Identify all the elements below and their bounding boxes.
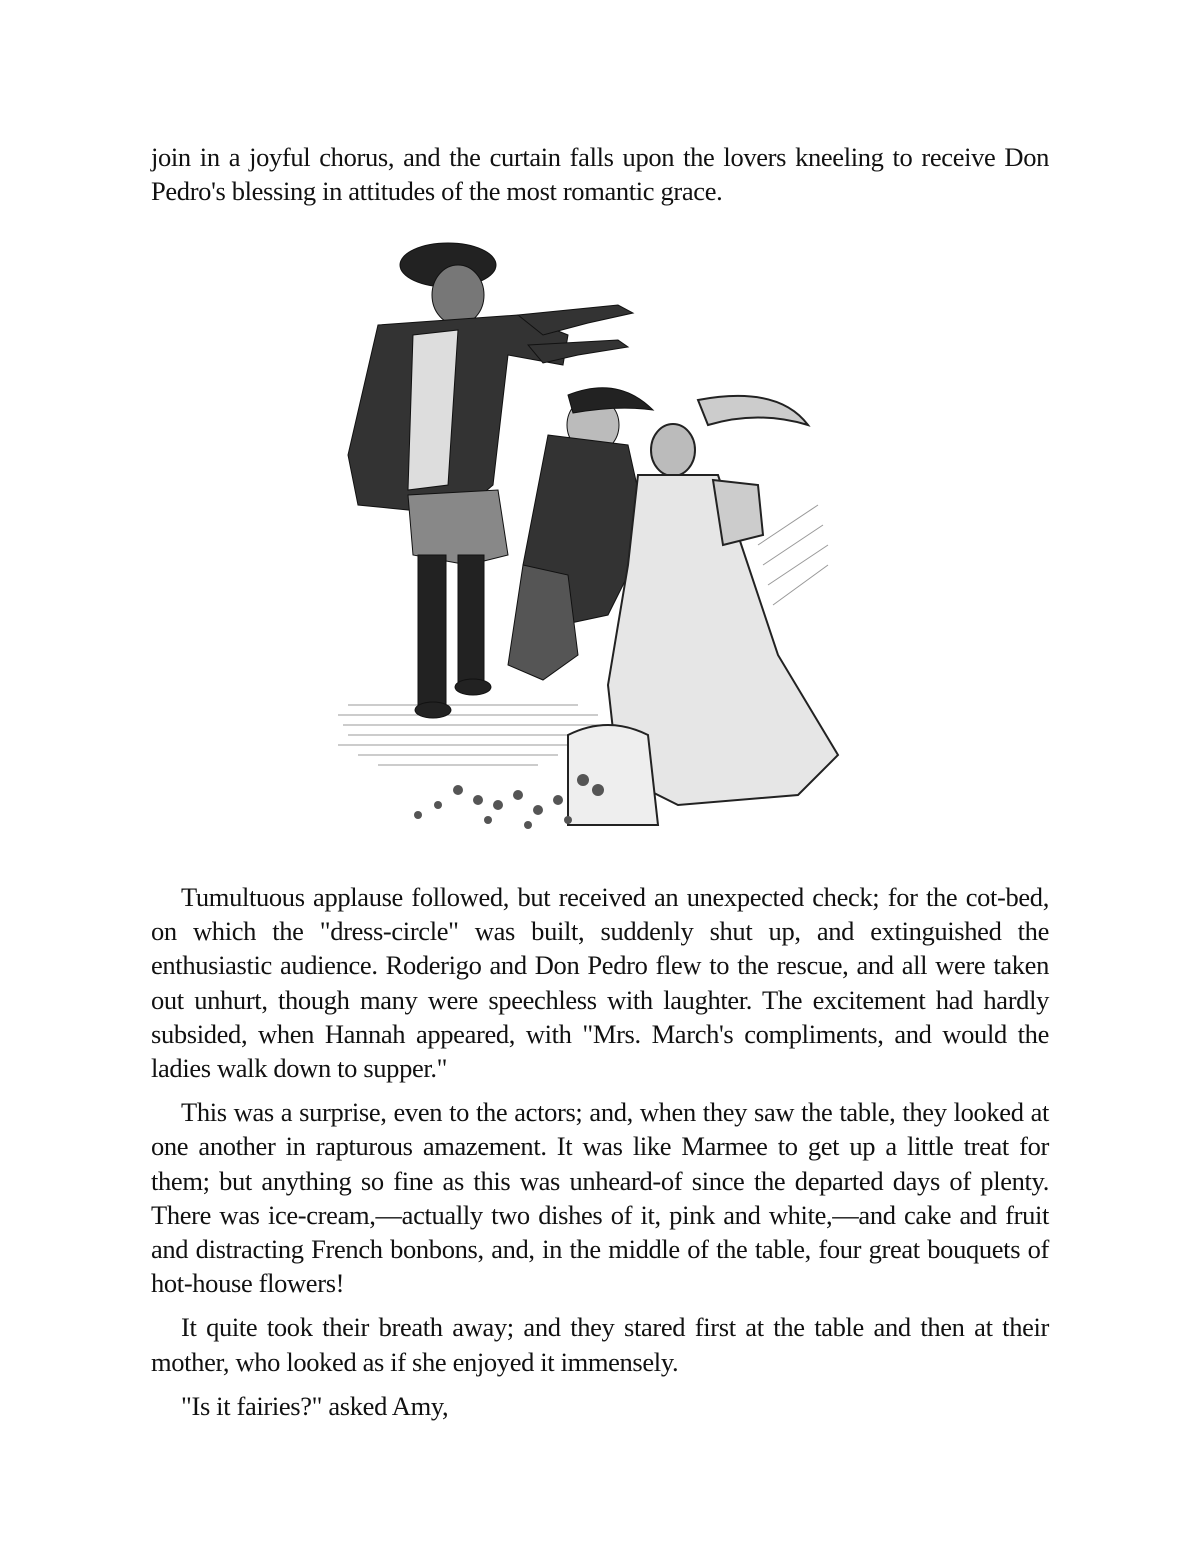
illustration xyxy=(318,235,858,840)
paragraph: Tumultuous applause followed, but receiv… xyxy=(151,880,1049,1085)
paragraph: It quite took their breath away; and the… xyxy=(151,1310,1049,1378)
paragraph: join in a joyful chorus, and the curtain… xyxy=(151,140,1049,208)
bottom-text: Tumultuous applause followed, but receiv… xyxy=(151,880,1049,1433)
top-text: join in a joyful chorus, and the curtain… xyxy=(151,140,1049,218)
engraving-illustration-icon xyxy=(318,235,858,840)
paragraph: This was a surprise, even to the actors;… xyxy=(151,1095,1049,1300)
paragraph: "Is it fairies?" asked Amy, xyxy=(151,1389,1049,1423)
book-page: join in a joyful chorus, and the curtain… xyxy=(0,0,1200,1552)
